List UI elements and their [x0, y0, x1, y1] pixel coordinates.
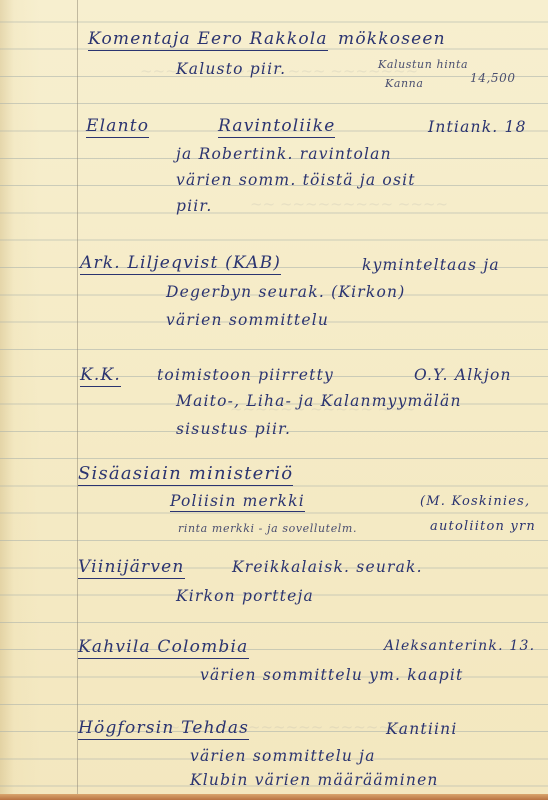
entry-text: Klubin värien määrääminen [190, 771, 439, 789]
entry-text: Intiank. 18 [428, 118, 527, 136]
entry-client: Högforsin Tehdas [78, 718, 249, 740]
entry-client: Sisäasiain ministeriö [78, 463, 293, 486]
entry-text: piir. [176, 197, 212, 215]
entry-text: värien sommittelu ja [190, 747, 376, 765]
entry-text: Poliisin merkki [170, 492, 305, 512]
entry-client: Elanto [86, 116, 149, 138]
entry-text: ja Robertink. ravintolan [176, 145, 392, 163]
entry-client: Kahvila Colombia [78, 637, 249, 659]
entry-text: Kreikkalaisk. seurak. [232, 558, 423, 576]
entry-text: värien sommittelu [166, 311, 329, 329]
entry-note: rinta merkki - ja sovellutelm. [178, 522, 357, 535]
entry-text: Degerbyn seurak. (Kirkon) [166, 283, 405, 301]
entry-client: Viinijärven [78, 557, 185, 579]
entry-note: Kanna [385, 77, 424, 90]
entry-client: K.K. [80, 365, 121, 387]
entry-text: Kalusto piir. [176, 60, 286, 78]
entry-text: Kirkon portteja [176, 587, 314, 605]
notebook-page: ~~~~ ~~~~~~~ ~~~ ~~~~~~~ ~~ ~~~~~~~~~ ~~… [0, 0, 548, 800]
page-bottom-edge [0, 794, 548, 800]
entry-text: Kantiini [386, 720, 458, 738]
entry-text: toimistoon piirretty [157, 366, 334, 384]
entry-client: Komentaja Eero Rakkola [88, 29, 328, 51]
margin-line [77, 0, 78, 800]
entry-client: Ark. Liljeqvist (KAB) [80, 253, 281, 275]
entry-text: Aleksanterink. 13. [384, 638, 535, 654]
entry-text: Ravintoliike [218, 116, 335, 138]
entry-note: Kalustun hinta [378, 58, 468, 71]
entry-amount: 14,500 [470, 71, 516, 85]
entry-text: (M. Koskinies, [420, 494, 530, 509]
bleed-through-text: ~~ ~~~~~~~~~ ~~~~ [250, 195, 448, 213]
entry-text: kyminteltaas ja [362, 256, 500, 274]
entry-text: värien sommittelu ym. kaapit [200, 666, 463, 684]
entry-text: sisustus piir. [176, 420, 291, 438]
entry-text: O.Y. Alkjon [414, 366, 512, 384]
entry-text: värien somm. töistä ja osit [176, 171, 416, 189]
entry-text: mökkoseen [338, 29, 446, 49]
entry-text: autoliiton yrn [430, 519, 536, 534]
entry-text: Maito-, Liha- ja Kalanmyymälän [176, 392, 462, 410]
